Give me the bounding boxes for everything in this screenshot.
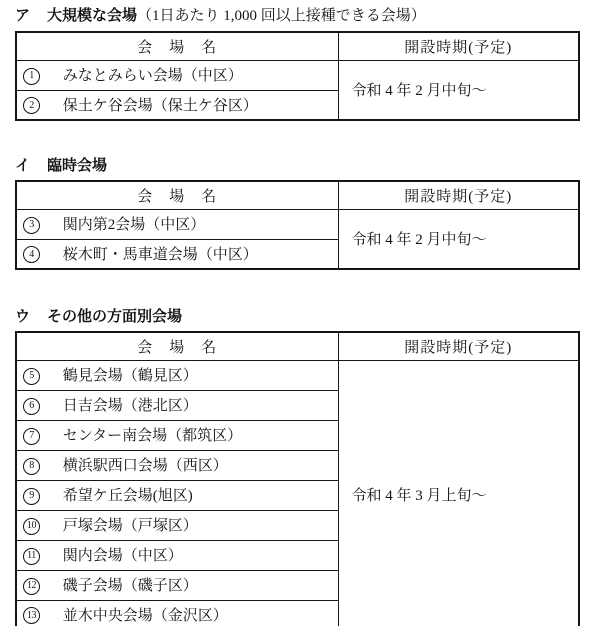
opening-period-header: 開設時期(予定)	[338, 332, 579, 360]
venue-name: 横浜駅西口会場（西区）	[63, 458, 228, 474]
venue-cell: 7 センター南会場（都筑区）	[16, 420, 338, 450]
table-row: 3 関内第2会場（中区） 令和 4 年 2 月中旬～	[16, 209, 579, 239]
section-c-heading: ウ その他の方面別会場	[15, 306, 578, 327]
venue-cell: 5 鶴見会場（鶴見区）	[16, 360, 338, 390]
opening-period-cell: 令和 4 年 2 月中旬～	[338, 209, 579, 269]
circled-number: 7	[23, 428, 40, 445]
section-b-title: 臨時会場	[47, 155, 107, 176]
venue-name: 戸塚会場（戸塚区）	[63, 518, 198, 534]
section-other-district-venues: ウ その他の方面別会場 会 場 名 開設時期(予定) 5 鶴見会場（鶴見区） 令…	[15, 306, 578, 626]
venue-cell: 9 希望ケ丘会場(旭区)	[16, 480, 338, 510]
venue-cell: 11 関内会場（中区）	[16, 540, 338, 570]
venue-cell: 13 並木中央会場（金沢区）	[16, 600, 338, 626]
venue-name: 桜木町・馬車道会場（中区）	[63, 247, 258, 263]
temporary-venues-table: 会 場 名 開設時期(予定) 3 関内第2会場（中区） 令和 4 年 2 月中旬…	[15, 180, 580, 270]
section-temporary-venues: イ 臨時会場 会 場 名 開設時期(予定) 3 関内第2会場（中区） 令和 4 …	[15, 155, 578, 270]
circled-number: 3	[23, 217, 40, 234]
venue-name-header: 会 場 名	[16, 332, 338, 360]
venue-cell: 8 横浜駅西口会場（西区）	[16, 450, 338, 480]
circled-number: 4	[23, 246, 40, 263]
section-a-title: 大規模な会場	[47, 5, 137, 26]
venue-name-header: 会 場 名	[16, 181, 338, 209]
section-b-marker: イ	[15, 155, 30, 176]
section-b-heading: イ 臨時会場	[15, 155, 578, 176]
venue-name: センター南会場（都筑区）	[63, 428, 242, 444]
venue-cell: 12 磯子会場（磯子区）	[16, 570, 338, 600]
circled-number: 12	[23, 578, 40, 595]
header-row: 会 場 名 開設時期(予定)	[16, 181, 579, 209]
header-row: 会 場 名 開設時期(予定)	[16, 332, 579, 360]
section-c-marker: ウ	[15, 306, 30, 327]
circled-number: 6	[23, 398, 40, 415]
circled-number: 8	[23, 458, 40, 475]
other-district-venues-table: 会 場 名 開設時期(予定) 5 鶴見会場（鶴見区） 令和 4 年 3 月上旬～…	[15, 331, 580, 626]
venue-cell: 10 戸塚会場（戸塚区）	[16, 510, 338, 540]
venue-name: 希望ケ丘会場(旭区)	[63, 488, 193, 504]
venue-cell: 6 日吉会場（港北区）	[16, 390, 338, 420]
opening-period-cell: 令和 4 年 2 月中旬～	[338, 60, 579, 120]
venue-cell: 3 関内第2会場（中区）	[16, 209, 338, 239]
section-c-title: その他の方面別会場	[47, 306, 182, 327]
circled-number: 5	[23, 368, 40, 385]
document-page: ア 大規模な会場 （1日あたり 1,000 回以上接種できる会場） 会 場 名 …	[0, 0, 593, 626]
circled-number: 1	[23, 68, 40, 85]
section-a-marker: ア	[15, 5, 30, 26]
opening-period-header: 開設時期(予定)	[338, 181, 579, 209]
venue-name-header: 会 場 名	[16, 32, 338, 60]
venue-name: 保土ケ谷会場（保土ケ谷区）	[63, 98, 258, 114]
section-large-venues: ア 大規模な会場 （1日あたり 1,000 回以上接種できる会場） 会 場 名 …	[15, 5, 578, 121]
circled-number: 10	[23, 518, 40, 535]
header-row: 会 場 名 開設時期(予定)	[16, 32, 579, 60]
section-a-subtitle: （1日あたり 1,000 回以上接種できる会場）	[137, 6, 426, 27]
venue-name: 日吉会場（港北区）	[63, 398, 198, 414]
opening-period-cell: 令和 4 年 3 月上旬～	[338, 360, 579, 626]
table-row: 5 鶴見会場（鶴見区） 令和 4 年 3 月上旬～	[16, 360, 579, 390]
venue-cell: 4 桜木町・馬車道会場（中区）	[16, 239, 338, 269]
venue-name: 関内会場（中区）	[63, 548, 183, 564]
section-a-heading: ア 大規模な会場 （1日あたり 1,000 回以上接種できる会場）	[15, 5, 578, 27]
venue-name: 鶴見会場（鶴見区）	[63, 368, 198, 384]
opening-period-header: 開設時期(予定)	[338, 32, 579, 60]
table-row: 1 みなとみらい会場（中区） 令和 4 年 2 月中旬～	[16, 60, 579, 90]
circled-number: 2	[23, 97, 40, 114]
venue-name: 関内第2会場（中区）	[63, 217, 206, 233]
large-venues-table: 会 場 名 開設時期(予定) 1 みなとみらい会場（中区） 令和 4 年 2 月…	[15, 31, 580, 121]
circled-number: 11	[23, 548, 40, 565]
venue-cell: 2 保土ケ谷会場（保土ケ谷区）	[16, 90, 338, 120]
venue-name: 磯子会場（磯子区）	[63, 578, 198, 594]
venue-name: みなとみらい会場（中区）	[63, 68, 243, 84]
circled-number: 13	[23, 607, 40, 624]
venue-cell: 1 みなとみらい会場（中区）	[16, 60, 338, 90]
venue-name: 並木中央会場（金沢区）	[63, 608, 228, 624]
circled-number: 9	[23, 488, 40, 505]
